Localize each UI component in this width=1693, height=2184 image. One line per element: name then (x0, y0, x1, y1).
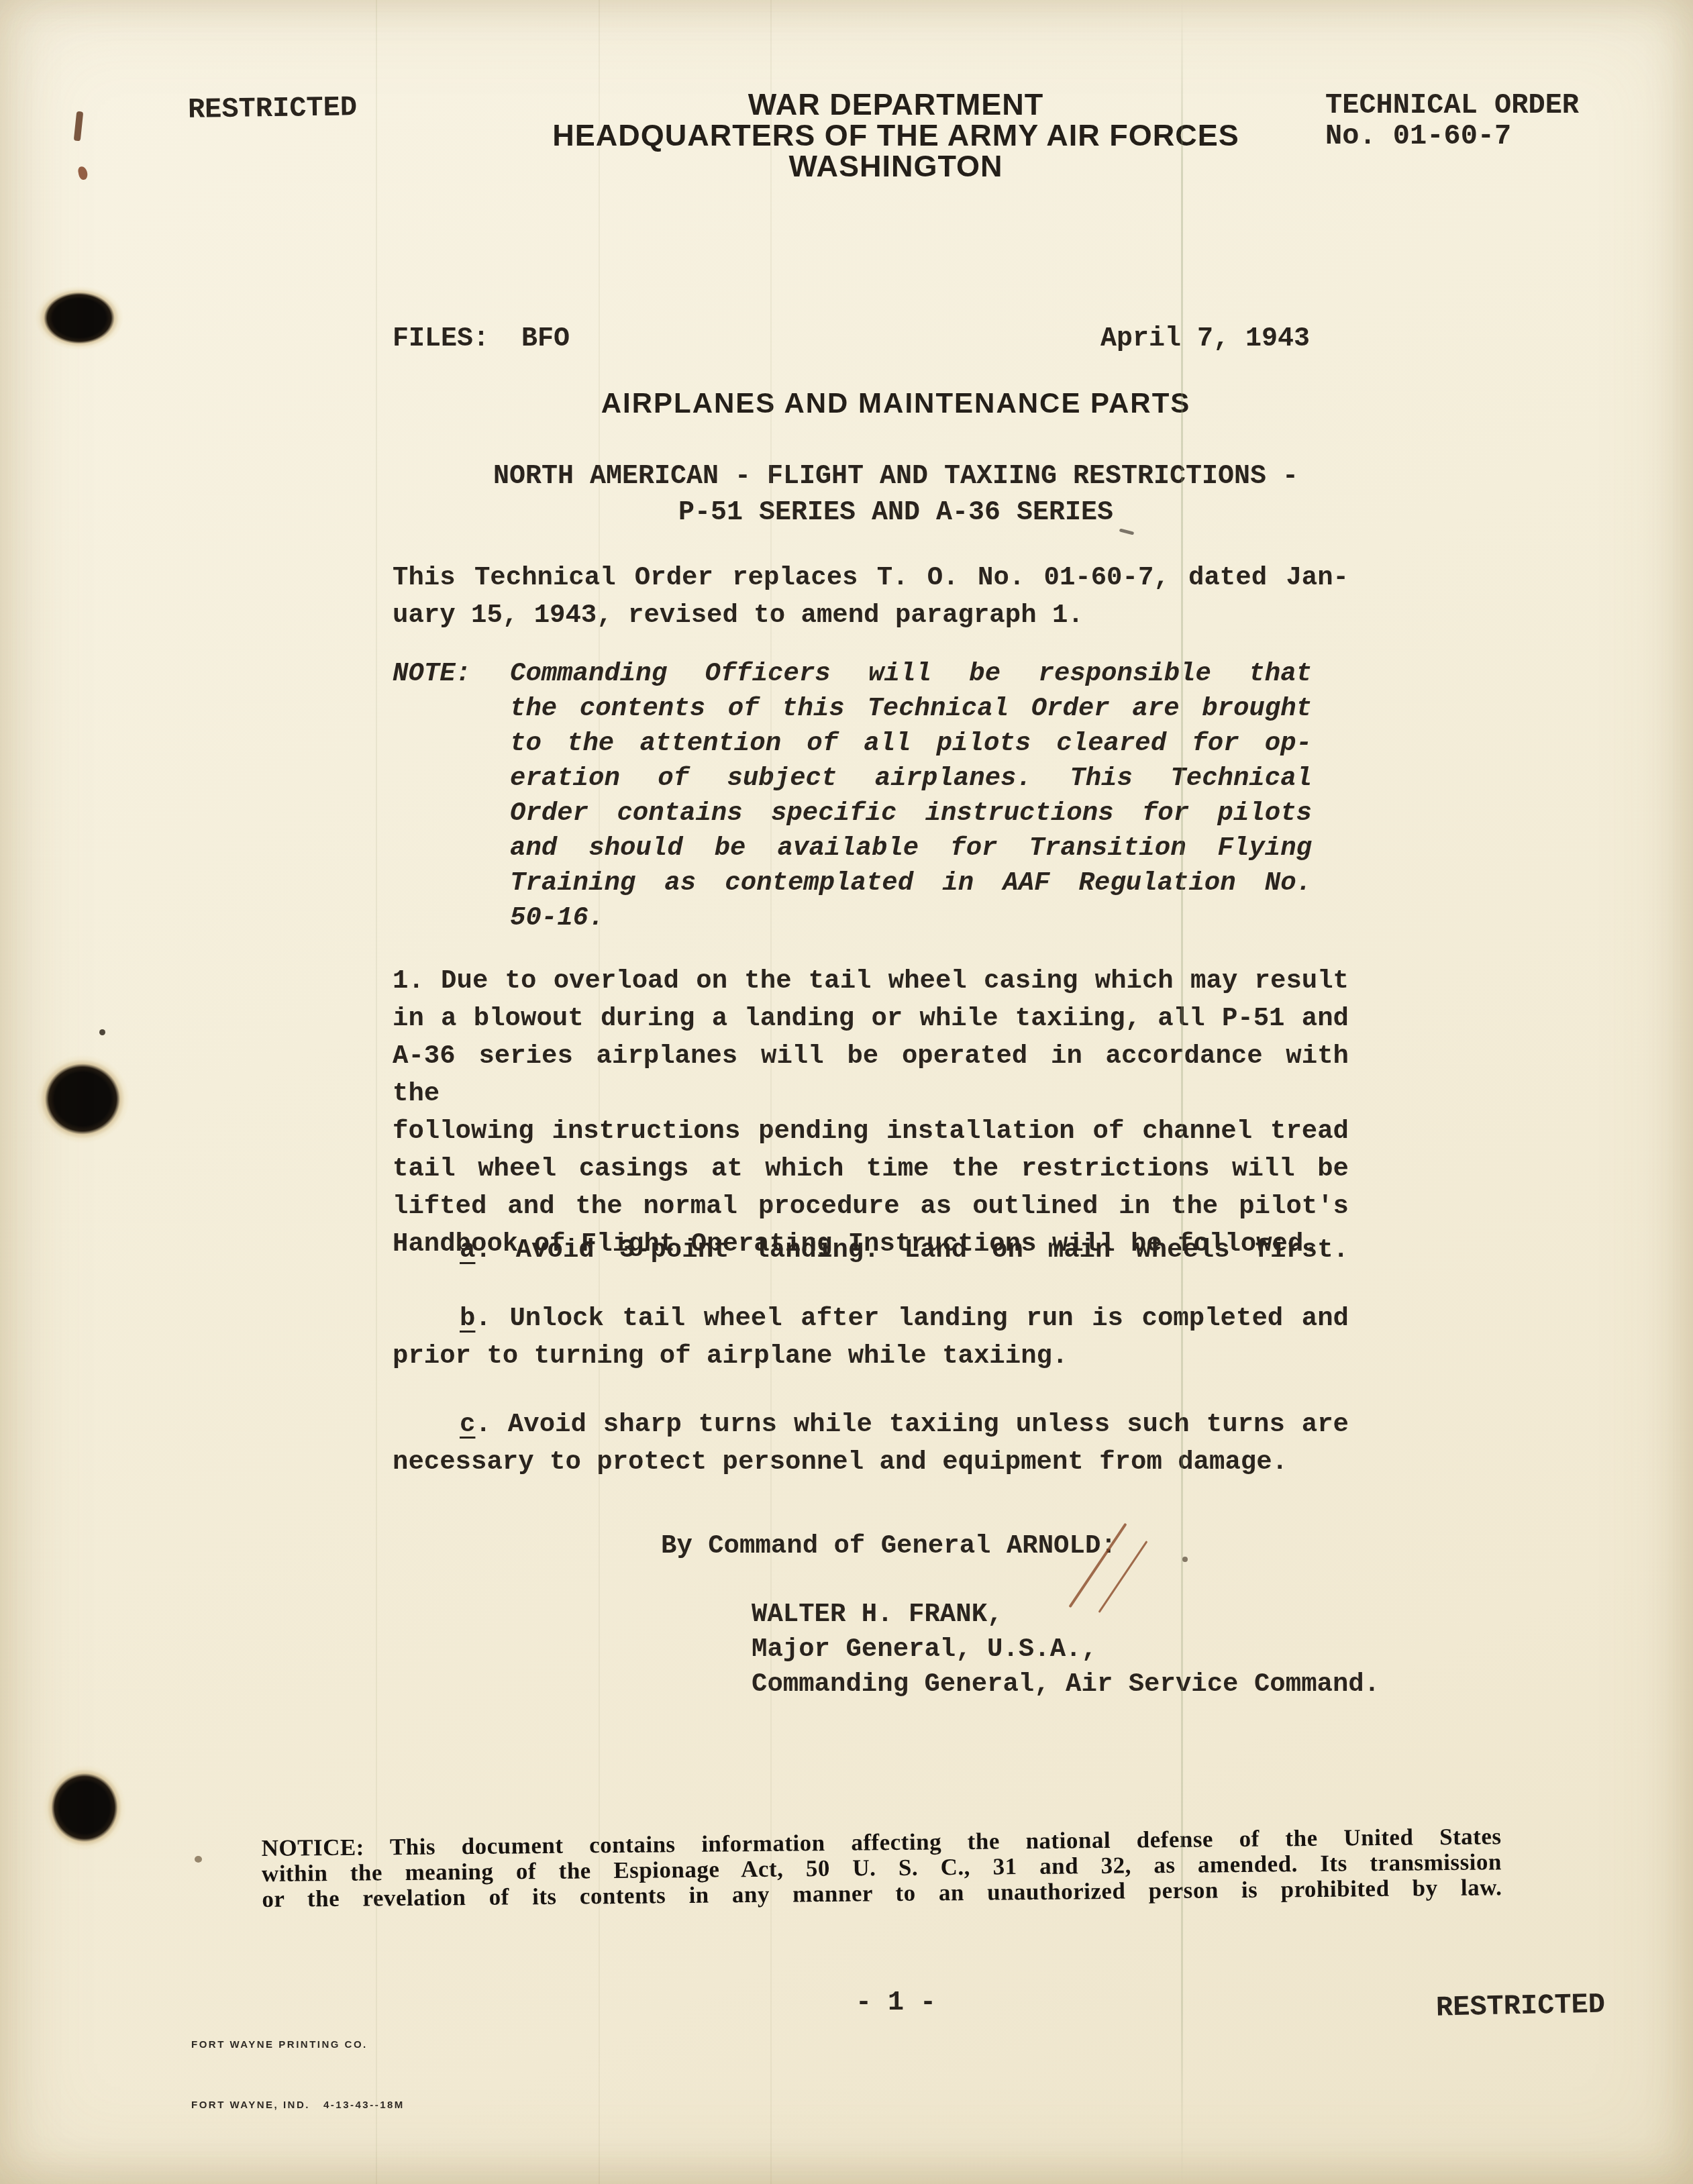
paper-speck (1182, 1557, 1188, 1562)
item-text: Unlock tail wheel after landing run is c… (509, 1304, 1349, 1333)
classification-stamp-bottom: RESTRICTED (1436, 1988, 1606, 2024)
text-line: Training as contemplated in AAF Regulati… (510, 866, 1312, 900)
scanned-document-page: RESTRICTED WAR DEPARTMENT HEADQUARTERS O… (0, 0, 1693, 2184)
text-line: uary 15, 1943, revised to amend paragrap… (393, 596, 1349, 634)
text-line: 50-16. (510, 900, 1312, 935)
date: April 7, 1943 (1100, 324, 1310, 354)
header-location: WASHINGTON (429, 151, 1362, 182)
ink-stain (74, 111, 84, 142)
subject-heading: AIRPLANES AND MAINTENANCE PARTS (429, 387, 1362, 419)
page-number: - 1 - (429, 1988, 1362, 2018)
text-line: in a blowout during a landing or while t… (393, 1000, 1349, 1037)
list-item-a: a. Avoid 3-point landing. Land on main w… (393, 1231, 1349, 1269)
list-item-c-line: c. Avoid sharp turns while taxiing unles… (393, 1406, 1349, 1443)
list-item-b-line: b. Unlock tail wheel after landing run i… (393, 1300, 1349, 1337)
text-line: lifted and the normal procedure as outli… (393, 1188, 1349, 1225)
signatory-rank: Major General, U.S.A., (752, 1632, 1380, 1667)
paper-speck (99, 1029, 105, 1035)
text-line: the contents of this Technical Order are… (510, 691, 1312, 726)
command-line: By Command of General ARNOLD: (661, 1531, 1117, 1561)
text-line: necessary to protect personnel and equip… (393, 1443, 1349, 1481)
text-line: A-36 series airplanes will be operated i… (393, 1037, 1349, 1112)
document-title: NORTH AMERICAN - FLIGHT AND TAXIING REST… (429, 459, 1362, 531)
text-line: 1. Due to overload on the tail wheel cas… (393, 962, 1349, 1000)
text-line: eration of subject airplanes. This Techn… (510, 761, 1312, 796)
signatory-title: Commanding General, Air Service Command. (752, 1667, 1380, 1702)
ink-stain (77, 166, 88, 180)
header-center-block: WAR DEPARTMENT HEADQUARTERS OF THE ARMY … (429, 89, 1362, 182)
header-department: WAR DEPARTMENT (429, 89, 1362, 120)
classification-stamp-top: RESTRICTED (188, 91, 358, 126)
item-letter-period: . (475, 1235, 491, 1265)
signature-block: WALTER H. FRANK, Major General, U.S.A., … (752, 1597, 1380, 1702)
printer-line-1: FORT WAYNE PRINTING CO. (191, 2035, 405, 2055)
text-line: prior to turning of airplane while taxii… (393, 1337, 1349, 1375)
paper-speck (195, 1856, 202, 1863)
printer-line-2: FORT WAYNE, IND. 4-13-43--18M (191, 2095, 405, 2116)
text-line: and should be available for Transition F… (510, 831, 1312, 866)
list-item-c: c. Avoid sharp turns while taxiing unles… (393, 1406, 1349, 1481)
text-line: to the attention of all pilots cleared f… (510, 726, 1312, 761)
body-paragraph-1: 1. Due to overload on the tail wheel cas… (393, 962, 1349, 1263)
title-line-1: NORTH AMERICAN - FLIGHT AND TAXIING REST… (429, 459, 1362, 495)
item-letter: c (460, 1406, 475, 1443)
punch-hole-bottom (43, 1765, 126, 1851)
technical-order-label: TECHNICAL ORDER (1325, 90, 1579, 121)
espionage-notice: NOTICE: This document contains informati… (261, 1824, 1502, 1912)
files-label: FILES: BFO (393, 324, 570, 354)
text-line: Order contains specific instructions for… (510, 796, 1312, 831)
punch-hole-top (35, 286, 123, 350)
item-letter-period: . (475, 1304, 491, 1333)
item-letter: a (460, 1231, 475, 1269)
text-line: Commanding Officers will be responsible … (510, 656, 1312, 691)
text-line: following instructions pending installat… (393, 1112, 1349, 1150)
header-right-block: TECHNICAL ORDER No. 01-60-7 (1325, 90, 1579, 152)
item-text: Avoid sharp turns while taxiing unless s… (508, 1410, 1349, 1439)
technical-order-number: No. 01-60-7 (1325, 121, 1579, 152)
text-line: tail wheel casings at which time the res… (393, 1150, 1349, 1188)
text-line: This Technical Order replaces T. O. No. … (393, 559, 1349, 596)
punch-hole-middle (36, 1055, 130, 1143)
list-item-b: b. Unlock tail wheel after landing run i… (393, 1300, 1349, 1375)
item-text: Avoid 3-point landing. Land on main whee… (516, 1235, 1349, 1265)
item-letter-period: . (475, 1410, 491, 1439)
printer-imprint: FORT WAYNE PRINTING CO. FORT WAYNE, IND.… (191, 1995, 405, 2156)
signatory-name: WALTER H. FRANK, (752, 1597, 1380, 1632)
title-line-2: P-51 SERIES AND A-36 SERIES (429, 495, 1362, 531)
note-body: Commanding Officers will be responsible … (510, 656, 1312, 935)
item-letter: b (460, 1300, 475, 1337)
list-item-a-line: a. Avoid 3-point landing. Land on main w… (393, 1231, 1349, 1269)
header-organization: HEADQUARTERS OF THE ARMY AIR FORCES (429, 120, 1362, 151)
intro-paragraph: This Technical Order replaces T. O. No. … (393, 559, 1349, 634)
note-label: NOTE: (393, 656, 471, 691)
